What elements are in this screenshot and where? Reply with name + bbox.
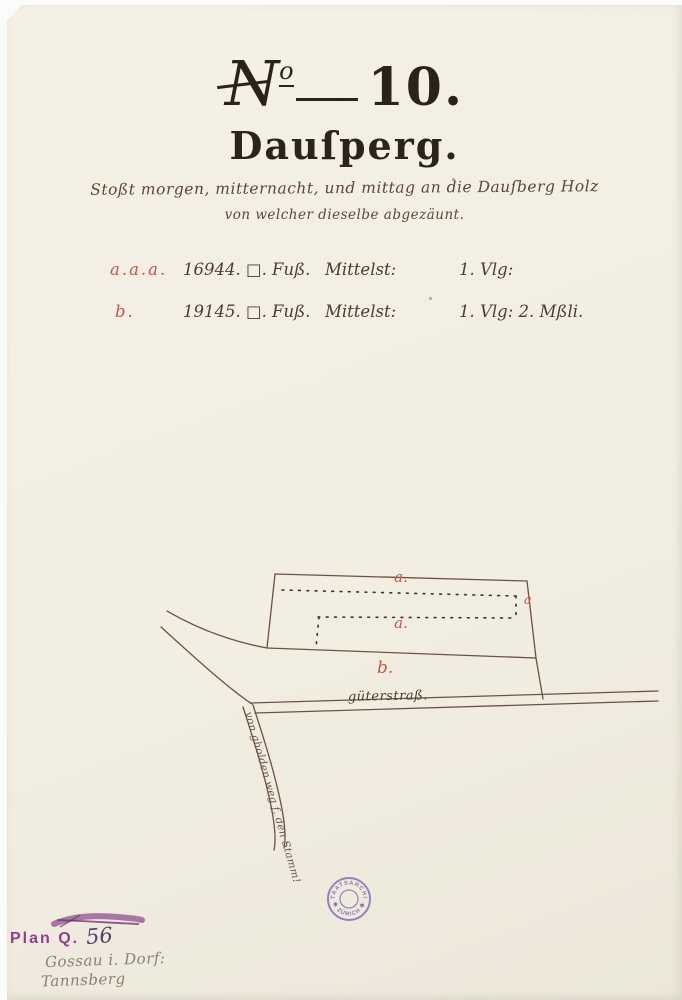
dotted-boundary-left-drop xyxy=(316,617,319,647)
map-label-b: b. xyxy=(377,658,393,678)
paper-speck xyxy=(452,178,455,181)
paper-sheet: No10. Dauſperg. Stoßt morgen, mitternach… xyxy=(7,5,682,1000)
pencil-note-hill: Tannsberg xyxy=(41,970,126,991)
map-label-a-middle: a. xyxy=(394,614,408,632)
left-boundary-upper-curve xyxy=(167,611,267,648)
parcel-right-edge-extension xyxy=(536,658,543,699)
map-label-a-top: a. xyxy=(394,568,408,586)
dotted-boundary-upper xyxy=(282,590,516,596)
sketch-map-svg: a. a a. b. güterstraß. von gholden weg f… xyxy=(7,5,682,1000)
plan-stamp-text: Plan Q. xyxy=(10,930,79,947)
stamp-inner-ring xyxy=(340,890,358,908)
stamp-text-top: STAATSARCHIV xyxy=(7,5,368,899)
dotted-boundary-middle xyxy=(318,617,516,618)
road-name-label: güterstraß. xyxy=(348,688,428,704)
map-label-a-right: a xyxy=(524,593,532,608)
plan-reference: Plan Q. 56 xyxy=(10,924,113,948)
archive-stamp: STAATSARCHIV ✱ ZÜRICH ✱ xyxy=(7,5,370,920)
path-handwritten-note: von gholden weg f. den Stamm! xyxy=(242,711,302,885)
road-top-line xyxy=(250,691,658,703)
paper-speck xyxy=(429,297,432,300)
left-road-lower-curve xyxy=(161,627,252,704)
svg-text:STAATSARCHIV: STAATSARCHIV xyxy=(7,5,368,899)
plan-number-handwritten: 56 xyxy=(85,923,114,949)
road-bottom-line xyxy=(255,701,658,713)
